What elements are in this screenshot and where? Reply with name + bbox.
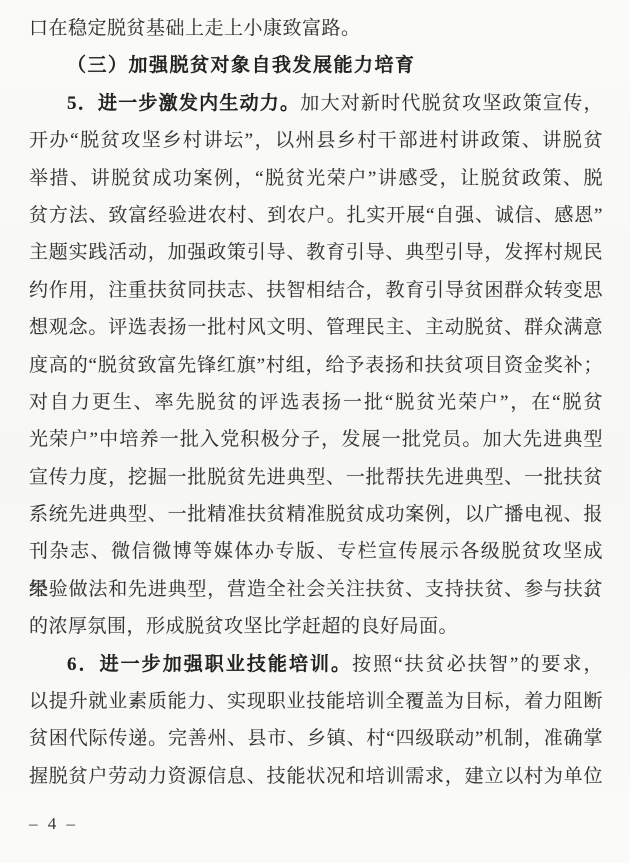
line-text: 以提升就业素质能力、实现职业技能培训全覆盖为目标，着力阻断 bbox=[29, 691, 603, 712]
text-line: 以提升就业素质能力、实现职业技能培训全覆盖为目标，着力阻断 bbox=[29, 683, 603, 720]
line-text: 宣传力度，挖掘一批脱贫先进典型、一批帮扶先进典型、一批扶贫 bbox=[29, 467, 603, 488]
line-text: 贫困代际传递。完善州、县市、乡镇、村“四级联动”机制，准确掌 bbox=[29, 728, 603, 749]
line-text: 度高的“脱贫致富先锋红旗”村组，给予表扬和扶贫项目资金奖补； bbox=[29, 355, 603, 376]
line-text: 开办“脱贫攻坚乡村讲坛”，以州县乡村干部进村讲政策、讲脱贫 bbox=[29, 130, 603, 151]
text-line: 握脱贫户劳动力资源信息、技能状况和培训需求，建立以村为单位 bbox=[29, 758, 603, 795]
text-line: 经验做法和先进典型，营造全社会关注扶贫、支持扶贫、参与扶贫 bbox=[29, 571, 603, 608]
line-text: 握脱贫户劳动力资源信息、技能状况和培训需求，建立以村为单位 bbox=[29, 766, 603, 787]
line-text: 加大对新时代脱贫攻坚政策宣传， bbox=[300, 93, 603, 114]
document-page: 口在稳定脱贫基础上走上小康致富路。 （三）加强脱贫对象自我发展能力培育 5．进一… bbox=[0, 0, 630, 863]
text-line: 的浓厚氛围，形成脱贫攻坚比学赶超的良好局面。 bbox=[29, 608, 603, 645]
bold-lead: 5．进一步激发内生动力。 bbox=[67, 93, 300, 114]
text-line: 想观念。评选表扬一批村风文明、管理民主、主动脱贫、群众满意 bbox=[29, 309, 603, 346]
text-line: 度高的“脱贫致富先锋红旗”村组，给予表扬和扶贫项目资金奖补； bbox=[29, 347, 603, 384]
line-text: 主题实践活动，加强政策引导、教育引导、典型引导，发挥村规民 bbox=[29, 242, 603, 263]
line-text: 光荣户”中培养一批入党积极分子，发展一批党员。加大先进典型 bbox=[29, 429, 603, 450]
text-line: 系统先进典型、一批精准扶贫精准脱贫成功案例，以广播电视、报 bbox=[29, 496, 603, 533]
bold-lead: 6．进一步加强职业技能培训。 bbox=[67, 654, 352, 675]
text-line: 对自力更生、率先脱贫的评选表扬一批“脱贫光荣户”，在“脱贫 bbox=[29, 384, 603, 421]
text-line: 刊杂志、微信微博等媒体办专版、专栏宣传展示各级脱贫攻坚成果、 bbox=[29, 533, 603, 570]
line-text: 的浓厚氛围，形成脱贫攻坚比学赶超的良好局面。 bbox=[29, 616, 458, 637]
numbered-paragraph-line: 6．进一步加强职业技能培训。按照“扶贫必扶智”的要求， bbox=[29, 646, 603, 683]
section-heading: （三）加强脱贫对象自我发展能力培育 bbox=[29, 47, 603, 84]
text-line: 光荣户”中培养一批入党积极分子，发展一批党员。加大先进典型 bbox=[29, 421, 603, 458]
line-text: 对自力更生、率先脱贫的评选表扬一批“脱贫光荣户”，在“脱贫 bbox=[29, 392, 603, 413]
line-text: 口在稳定脱贫基础上走上小康致富路。 bbox=[29, 18, 361, 39]
text-line: 贫困代际传递。完善州、县市、乡镇、村“四级联动”机制，准确掌 bbox=[29, 720, 603, 757]
line-text: 经验做法和先进典型，营造全社会关注扶贫、支持扶贫、参与扶贫 bbox=[29, 579, 603, 600]
line-text: 约作用，注重扶贫同扶志、扶智相结合，教育引导贫困群众转变思 bbox=[29, 280, 603, 301]
line-text: 举措、讲脱贫成功案例，“脱贫光荣户”讲感受，让脱贫政策、脱 bbox=[29, 168, 603, 189]
text-line: 贫方法、致富经验进农村、到农户。扎实开展“自强、诚信、感恩” bbox=[29, 197, 603, 234]
text-line: 举措、讲脱贫成功案例，“脱贫光荣户”讲感受，让脱贫政策、脱 bbox=[29, 160, 603, 197]
text-line: 主题实践活动，加强政策引导、教育引导、典型引导，发挥村规民 bbox=[29, 234, 603, 271]
numbered-paragraph-line: 5．进一步激发内生动力。加大对新时代脱贫攻坚政策宣传， bbox=[29, 85, 603, 122]
text-line: 开办“脱贫攻坚乡村讲坛”，以州县乡村干部进村讲政策、讲脱贫 bbox=[29, 122, 603, 159]
section-heading-text: （三）加强脱贫对象自我发展能力培育 bbox=[67, 55, 416, 76]
line-text: 系统先进典型、一批精准扶贫精准脱贫成功案例，以广播电视、报 bbox=[29, 504, 603, 525]
line-text: 想观念。评选表扬一批村风文明、管理民主、主动脱贫、群众满意 bbox=[29, 317, 603, 338]
line-text: 按照“扶贫必扶智”的要求， bbox=[352, 654, 603, 675]
document-text-block: 口在稳定脱贫基础上走上小康致富路。 （三）加强脱贫对象自我发展能力培育 5．进一… bbox=[29, 10, 603, 795]
line-text: 贫方法、致富经验进农村、到农户。扎实开展“自强、诚信、感恩” bbox=[29, 205, 603, 226]
text-line: 口在稳定脱贫基础上走上小康致富路。 bbox=[29, 10, 603, 47]
text-line: 宣传力度，挖掘一批脱贫先进典型、一批帮扶先进典型、一批扶贫 bbox=[29, 459, 603, 496]
page-number: – 4 – bbox=[29, 812, 78, 836]
text-line: 约作用，注重扶贫同扶志、扶智相结合，教育引导贫困群众转变思 bbox=[29, 272, 603, 309]
